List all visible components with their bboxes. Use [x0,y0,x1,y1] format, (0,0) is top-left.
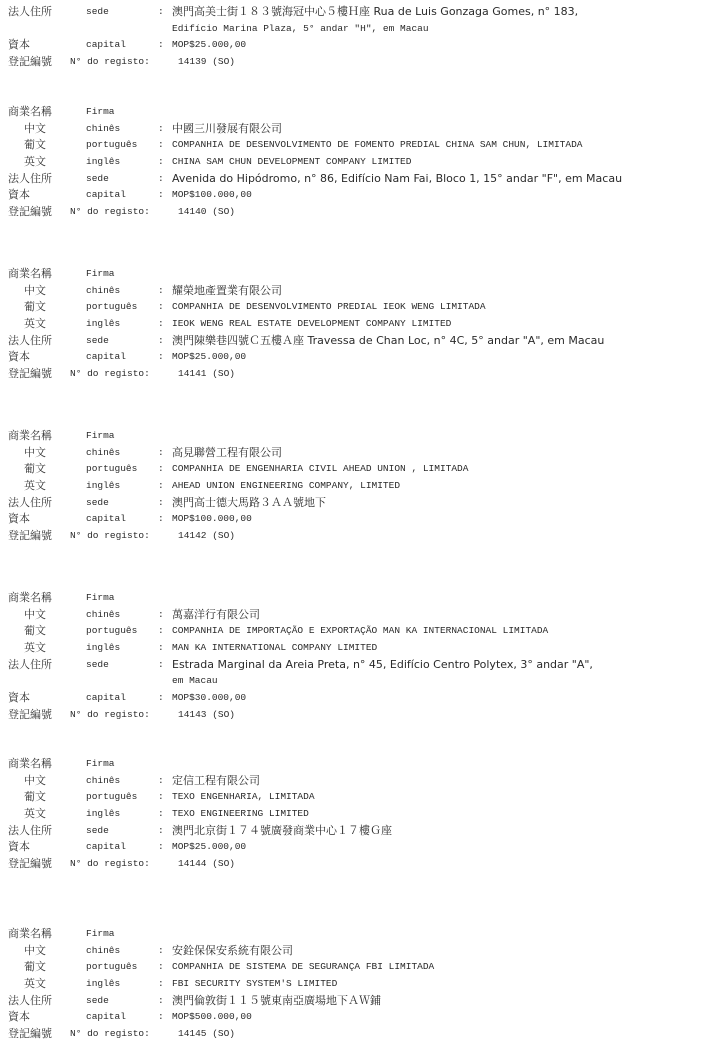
chines-label-zh: 中文 [24,445,46,462]
ingles-label-pt: inglês [86,640,120,657]
registo-value: 14143 (SO) [178,707,235,724]
firma-label-pt: Firma [86,266,115,283]
registry-entry: 商業名稱 Firma 中文 chinês : 高見聯營工程有限公司 葡文 por… [0,428,720,545]
chines-label-zh: 中文 [24,773,46,790]
sede-label-zh: 法人住所 [8,823,52,840]
chines-value: 中國三川發展有限公司 [172,121,282,139]
registo-label-pt: N° do registo: [70,204,150,221]
colon: : [158,640,164,657]
sede-value: 澳門陳樂巷四號Ｃ五樓Ａ座 Travessa de Chan Loc, n° 4C… [172,333,604,351]
capital-row: 資本 capital : MOP$30.000,00 [0,690,720,707]
chines-name: 耀榮地產置業有限公司 [172,284,282,297]
sede-value-line1: Avenida do Hipódromo, n° 86, Edifício Na… [172,172,622,185]
sede-value-line2: Edifício Marina Plaza, 5° andar "H", em … [172,21,429,38]
portugues-label-zh: 葡文 [24,959,46,976]
colon: : [158,283,164,300]
ingles-label-pt: inglês [86,154,120,171]
colon: : [158,993,164,1010]
sede-label-pt: sede [86,823,109,840]
chines-name: 中國三川發展有限公司 [172,122,282,135]
colon: : [158,789,164,806]
registo-value: 14145 (SO) [178,1026,235,1043]
ingles-value: MAN KA INTERNATIONAL COMPANY LIMITED [172,640,377,657]
registo-row: 登記編號 N° do registo: 14144 (SO) [0,856,720,873]
sede-value-line2: em Macau [172,673,218,690]
colon: : [158,4,164,21]
portugues-value: COMPANHIA DE DESENVOLVIMENTO DE FOMENTO … [172,137,582,154]
ingles-label-pt: inglês [86,316,120,333]
registo-row: 登記編號 N° do registo: 14140 (SO) [0,204,720,221]
ingles-label-pt: inglês [86,976,120,993]
colon: : [158,461,164,478]
registo-label-zh: 登記編號 [8,1026,52,1043]
colon: : [158,773,164,790]
registo-label-zh: 登記編號 [8,204,52,221]
ingles-row: 英文 inglês : TEXO ENGINEERING LIMITED [0,806,720,823]
chines-label-zh: 中文 [24,283,46,300]
capital-label-pt: capital [86,349,126,366]
colon: : [158,349,164,366]
colon: : [158,823,164,840]
firma-row: 商業名稱 Firma [0,266,720,283]
portugues-label-zh: 葡文 [24,461,46,478]
registo-label-pt: N° do registo: [70,856,150,873]
firma-label-pt: Firma [86,428,115,445]
colon: : [158,187,164,204]
ingles-label-zh: 英文 [24,316,46,333]
sede-value-line1: 澳門高士德大馬路３ＡＡ號地下 [172,496,326,509]
colon: : [158,445,164,462]
chines-name: 定信工程有限公司 [172,774,260,787]
sede-label-zh: 法人住所 [8,333,52,350]
colon: : [158,511,164,528]
sede-label-pt: sede [86,657,109,674]
chines-label-pt: chinês [86,773,120,790]
colon: : [158,137,164,154]
chines-value: 萬嘉洋行有限公司 [172,607,260,625]
colon: : [158,316,164,333]
registry-entry-partial: 法人住所 sede : 澳門高美士街１８３號海冠中心５樓Ｈ座 Rua de Lu… [0,4,720,71]
chines-label-pt: chinês [86,607,120,624]
capital-row: 資本 capital : MOP$25.000,00 [0,349,720,366]
registo-label-zh: 登記編號 [8,528,52,545]
sede-row-continued: em Macau [0,673,720,690]
capital-row: 資本 capital : MOP$25.000,00 [0,37,720,54]
portugues-value: COMPANHIA DE ENGENHARIA CIVIL AHEAD UNIO… [172,461,468,478]
sede-label-pt: sede [86,171,109,188]
sede-value: 澳門北京街１７４號廣發商業中心１７樓Ｇ座 [172,823,392,841]
colon: : [158,299,164,316]
sede-label-zh: 法人住所 [8,171,52,188]
sede-label-zh: 法人住所 [8,993,52,1010]
colon: : [158,171,164,188]
firma-label-pt: Firma [86,926,115,943]
capital-value: MOP$30.000,00 [172,690,246,707]
sede-value-line1: 澳門北京街１７４號廣發商業中心１７樓Ｇ座 [172,824,392,837]
chines-label-pt: chinês [86,943,120,960]
registo-label-zh: 登記編號 [8,54,52,71]
chines-label-pt: chinês [86,445,120,462]
capital-value: MOP$100.000,00 [172,511,252,528]
ingles-row: 英文 inglês : AHEAD UNION ENGINEERING COMP… [0,478,720,495]
registo-label-pt: N° do registo: [70,1026,150,1043]
capital-row: 資本 capital : MOP$25.000,00 [0,839,720,856]
chines-value: 安銓保保安系統有限公司 [172,943,293,961]
sede-label-pt: sede [86,333,109,350]
chines-label-zh: 中文 [24,607,46,624]
sede-value: Avenida do Hipódromo, n° 86, Edifício Na… [172,171,622,189]
sede-value: Estrada Marginal da Areia Preta, n° 45, … [172,657,593,675]
capital-label-pt: capital [86,511,126,528]
registo-row: 登記編號 N° do registo: 14143 (SO) [0,707,720,724]
capital-value: MOP$100.000,00 [172,187,252,204]
capital-label-zh: 資本 [8,690,30,707]
sede-row-continued: Edifício Marina Plaza, 5° andar "H", em … [0,21,720,38]
portugues-row: 葡文 português : COMPANHIA DE IMPORTAÇÃO E… [0,623,720,640]
colon: : [158,1009,164,1026]
colon: : [158,495,164,512]
portugues-value: COMPANHIA DE IMPORTAÇÃO E EXPORTAÇÃO MAN… [172,623,548,640]
portugues-row: 葡文 português : COMPANHIA DE DESENVOLVIME… [0,299,720,316]
portugues-label-zh: 葡文 [24,789,46,806]
ingles-row: 英文 inglês : FBI SECURITY SYSTEM'S LIMITE… [0,976,720,993]
chines-value: 高見聯營工程有限公司 [172,445,282,463]
ingles-value: FBI SECURITY SYSTEM'S LIMITED [172,976,337,993]
colon: : [158,943,164,960]
registo-label-pt: N° do registo: [70,54,150,71]
chines-label-pt: chinês [86,283,120,300]
sede-value-line1: 澳門高美士街１８３號海冠中心５樓Ｈ座 Rua de Luis Gonzaga G… [172,5,578,18]
ingles-value: CHINA SAM CHUN DEVELOPMENT COMPANY LIMIT… [172,154,411,171]
capital-label-zh: 資本 [8,1009,30,1026]
capital-value: MOP$25.000,00 [172,839,246,856]
firma-row: 商業名稱 Firma [0,590,720,607]
colon: : [158,607,164,624]
capital-label-zh: 資本 [8,511,30,528]
registo-row: 登記編號 N° do registo: 14145 (SO) [0,1026,720,1043]
registry-entry: 商業名稱 Firma 中文 chinês : 中國三川發展有限公司 葡文 por… [0,104,720,221]
colon: : [158,976,164,993]
sede-label-pt: sede [86,993,109,1010]
firma-label-pt: Firma [86,104,115,121]
firma-label-pt: Firma [86,590,115,607]
registo-label-zh: 登記編號 [8,366,52,383]
sede-row: 法人住所 sede : Avenida do Hipódromo, n° 86,… [0,171,720,188]
chines-name: 安銓保保安系統有限公司 [172,944,293,957]
capital-label-pt: capital [86,690,126,707]
colon: : [158,121,164,138]
portugues-label-pt: português [86,299,137,316]
registo-label-pt: N° do registo: [70,528,150,545]
registo-value: 14141 (SO) [178,366,235,383]
registo-row: 登記編號 N° do registo: 14139 (SO) [0,54,720,71]
portugues-label-pt: português [86,137,137,154]
registo-label-pt: N° do registo: [70,366,150,383]
firma-row: 商業名稱 Firma [0,428,720,445]
portugues-label-pt: português [86,461,137,478]
firma-label-pt: Firma [86,756,115,773]
portugues-label-zh: 葡文 [24,299,46,316]
colon: : [158,333,164,350]
sede-row: 法人住所 sede : 澳門高美士街１８３號海冠中心５樓Ｈ座 Rua de Lu… [0,4,720,21]
ingles-row: 英文 inglês : CHINA SAM CHUN DEVELOPMENT C… [0,154,720,171]
registo-label-zh: 登記編號 [8,856,52,873]
ingles-row: 英文 inglês : MAN KA INTERNATIONAL COMPANY… [0,640,720,657]
colon: : [158,478,164,495]
sede-value: 澳門高美士街１８３號海冠中心５樓Ｈ座 Rua de Luis Gonzaga G… [172,4,578,22]
chines-value: 耀榮地產置業有限公司 [172,283,282,301]
chines-value: 定信工程有限公司 [172,773,260,791]
capital-row: 資本 capital : MOP$100.000,00 [0,187,720,204]
sede-row: 法人住所 sede : 澳門陳樂巷四號Ｃ五樓Ａ座 Travessa de Cha… [0,333,720,350]
firma-label-zh: 商業名稱 [8,926,52,943]
ingles-value: IEOK WENG REAL ESTATE DEVELOPMENT COMPAN… [172,316,451,333]
firma-label-zh: 商業名稱 [8,756,52,773]
firma-row: 商業名稱 Firma [0,104,720,121]
capital-label-pt: capital [86,839,126,856]
portugues-value: COMPANHIA DE DESENVOLVIMENTO PREDIAL IEO… [172,299,486,316]
sede-value: 澳門高士德大馬路３ＡＡ號地下 [172,495,326,513]
registo-row: 登記編號 N° do registo: 14141 (SO) [0,366,720,383]
sede-row: 法人住所 sede : 澳門北京街１７４號廣發商業中心１７樓Ｇ座 [0,823,720,840]
chines-row: 中文 chinês : 安銓保保安系統有限公司 [0,943,720,960]
ingles-label-zh: 英文 [24,478,46,495]
ingles-value: TEXO ENGINEERING LIMITED [172,806,309,823]
sede-label-pt: sede [86,4,109,21]
capital-label-pt: capital [86,187,126,204]
ingles-label-zh: 英文 [24,154,46,171]
registo-value: 14142 (SO) [178,528,235,545]
sede-label-zh: 法人住所 [8,4,52,21]
registo-label-zh: 登記編號 [8,707,52,724]
firma-row: 商業名稱 Firma [0,926,720,943]
chines-label-zh: 中文 [24,943,46,960]
firma-label-zh: 商業名稱 [8,428,52,445]
colon: : [158,806,164,823]
registry-entry: 商業名稱 Firma 中文 chinês : 定信工程有限公司 葡文 portu… [0,756,720,873]
colon: : [158,690,164,707]
registo-label-pt: N° do registo: [70,707,150,724]
ingles-label-zh: 英文 [24,640,46,657]
capital-value: MOP$500.000,00 [172,1009,252,1026]
chines-row: 中文 chinês : 高見聯營工程有限公司 [0,445,720,462]
ingles-label-pt: inglês [86,806,120,823]
sede-label-pt: sede [86,495,109,512]
firma-row: 商業名稱 Firma [0,756,720,773]
portugues-label-zh: 葡文 [24,623,46,640]
registo-value: 14139 (SO) [178,54,235,71]
sede-row: 法人住所 sede : 澳門倫敦街１１５號東南亞廣場地下ＡＷ鋪 [0,993,720,1010]
sede-value-line1: 澳門陳樂巷四號Ｃ五樓Ａ座 Travessa de Chan Loc, n° 4C… [172,334,604,347]
portugues-row: 葡文 português : COMPANHIA DE ENGENHARIA C… [0,461,720,478]
capital-row: 資本 capital : MOP$100.000,00 [0,511,720,528]
chines-row: 中文 chinês : 耀榮地產置業有限公司 [0,283,720,300]
chines-row: 中文 chinês : 定信工程有限公司 [0,773,720,790]
sede-value-line1: 澳門倫敦街１１５號東南亞廣場地下ＡＷ鋪 [172,994,381,1007]
chines-label-zh: 中文 [24,121,46,138]
capital-label-pt: capital [86,1009,126,1026]
registo-value: 14140 (SO) [178,204,235,221]
colon: : [158,154,164,171]
ingles-label-zh: 英文 [24,806,46,823]
capital-label-zh: 資本 [8,839,30,856]
chines-name: 萬嘉洋行有限公司 [172,608,260,621]
registry-entry: 商業名稱 Firma 中文 chinês : 耀榮地產置業有限公司 葡文 por… [0,266,720,383]
portugues-row: 葡文 português : COMPANHIA DE DESENVOLVIME… [0,137,720,154]
ingles-label-pt: inglês [86,478,120,495]
sede-label-zh: 法人住所 [8,657,52,674]
chines-name: 高見聯營工程有限公司 [172,446,282,459]
registry-entry: 商業名稱 Firma 中文 chinês : 安銓保保安系統有限公司 葡文 po… [0,926,720,1043]
chines-row: 中文 chinês : 中國三川發展有限公司 [0,121,720,138]
registry-entry: 商業名稱 Firma 中文 chinês : 萬嘉洋行有限公司 葡文 portu… [0,590,720,724]
registo-value: 14144 (SO) [178,856,235,873]
capital-label-zh: 資本 [8,349,30,366]
ingles-row: 英文 inglês : IEOK WENG REAL ESTATE DEVELO… [0,316,720,333]
portugues-label-zh: 葡文 [24,137,46,154]
colon: : [158,657,164,674]
colon: : [158,623,164,640]
portugues-row: 葡文 português : COMPANHIA DE SISTEMA DE S… [0,959,720,976]
capital-label-pt: capital [86,37,126,54]
portugues-value: TEXO ENGENHARIA, LIMITADA [172,789,315,806]
sede-row: 法人住所 sede : Estrada Marginal da Areia Pr… [0,657,720,674]
firma-label-zh: 商業名稱 [8,104,52,121]
capital-row: 資本 capital : MOP$500.000,00 [0,1009,720,1026]
portugues-value: COMPANHIA DE SISTEMA DE SEGURANÇA FBI LI… [172,959,434,976]
registo-row: 登記編號 N° do registo: 14142 (SO) [0,528,720,545]
sede-row: 法人住所 sede : 澳門高士德大馬路３ＡＡ號地下 [0,495,720,512]
chines-row: 中文 chinês : 萬嘉洋行有限公司 [0,607,720,624]
portugues-label-pt: português [86,623,137,640]
ingles-label-zh: 英文 [24,976,46,993]
capital-value: MOP$25.000,00 [172,349,246,366]
portugues-row: 葡文 português : TEXO ENGENHARIA, LIMITADA [0,789,720,806]
portugues-label-pt: português [86,959,137,976]
chines-label-pt: chinês [86,121,120,138]
colon: : [158,37,164,54]
sede-value-line1: Estrada Marginal da Areia Preta, n° 45, … [172,658,593,671]
sede-value: 澳門倫敦街１１５號東南亞廣場地下ＡＷ鋪 [172,993,381,1011]
firma-label-zh: 商業名稱 [8,266,52,283]
colon: : [158,959,164,976]
capital-label-zh: 資本 [8,187,30,204]
sede-label-zh: 法人住所 [8,495,52,512]
ingles-value: AHEAD UNION ENGINEERING COMPANY, LIMITED [172,478,400,495]
colon: : [158,839,164,856]
capital-value: MOP$25.000,00 [172,37,246,54]
firma-label-zh: 商業名稱 [8,590,52,607]
portugues-label-pt: português [86,789,137,806]
capital-label-zh: 資本 [8,37,30,54]
